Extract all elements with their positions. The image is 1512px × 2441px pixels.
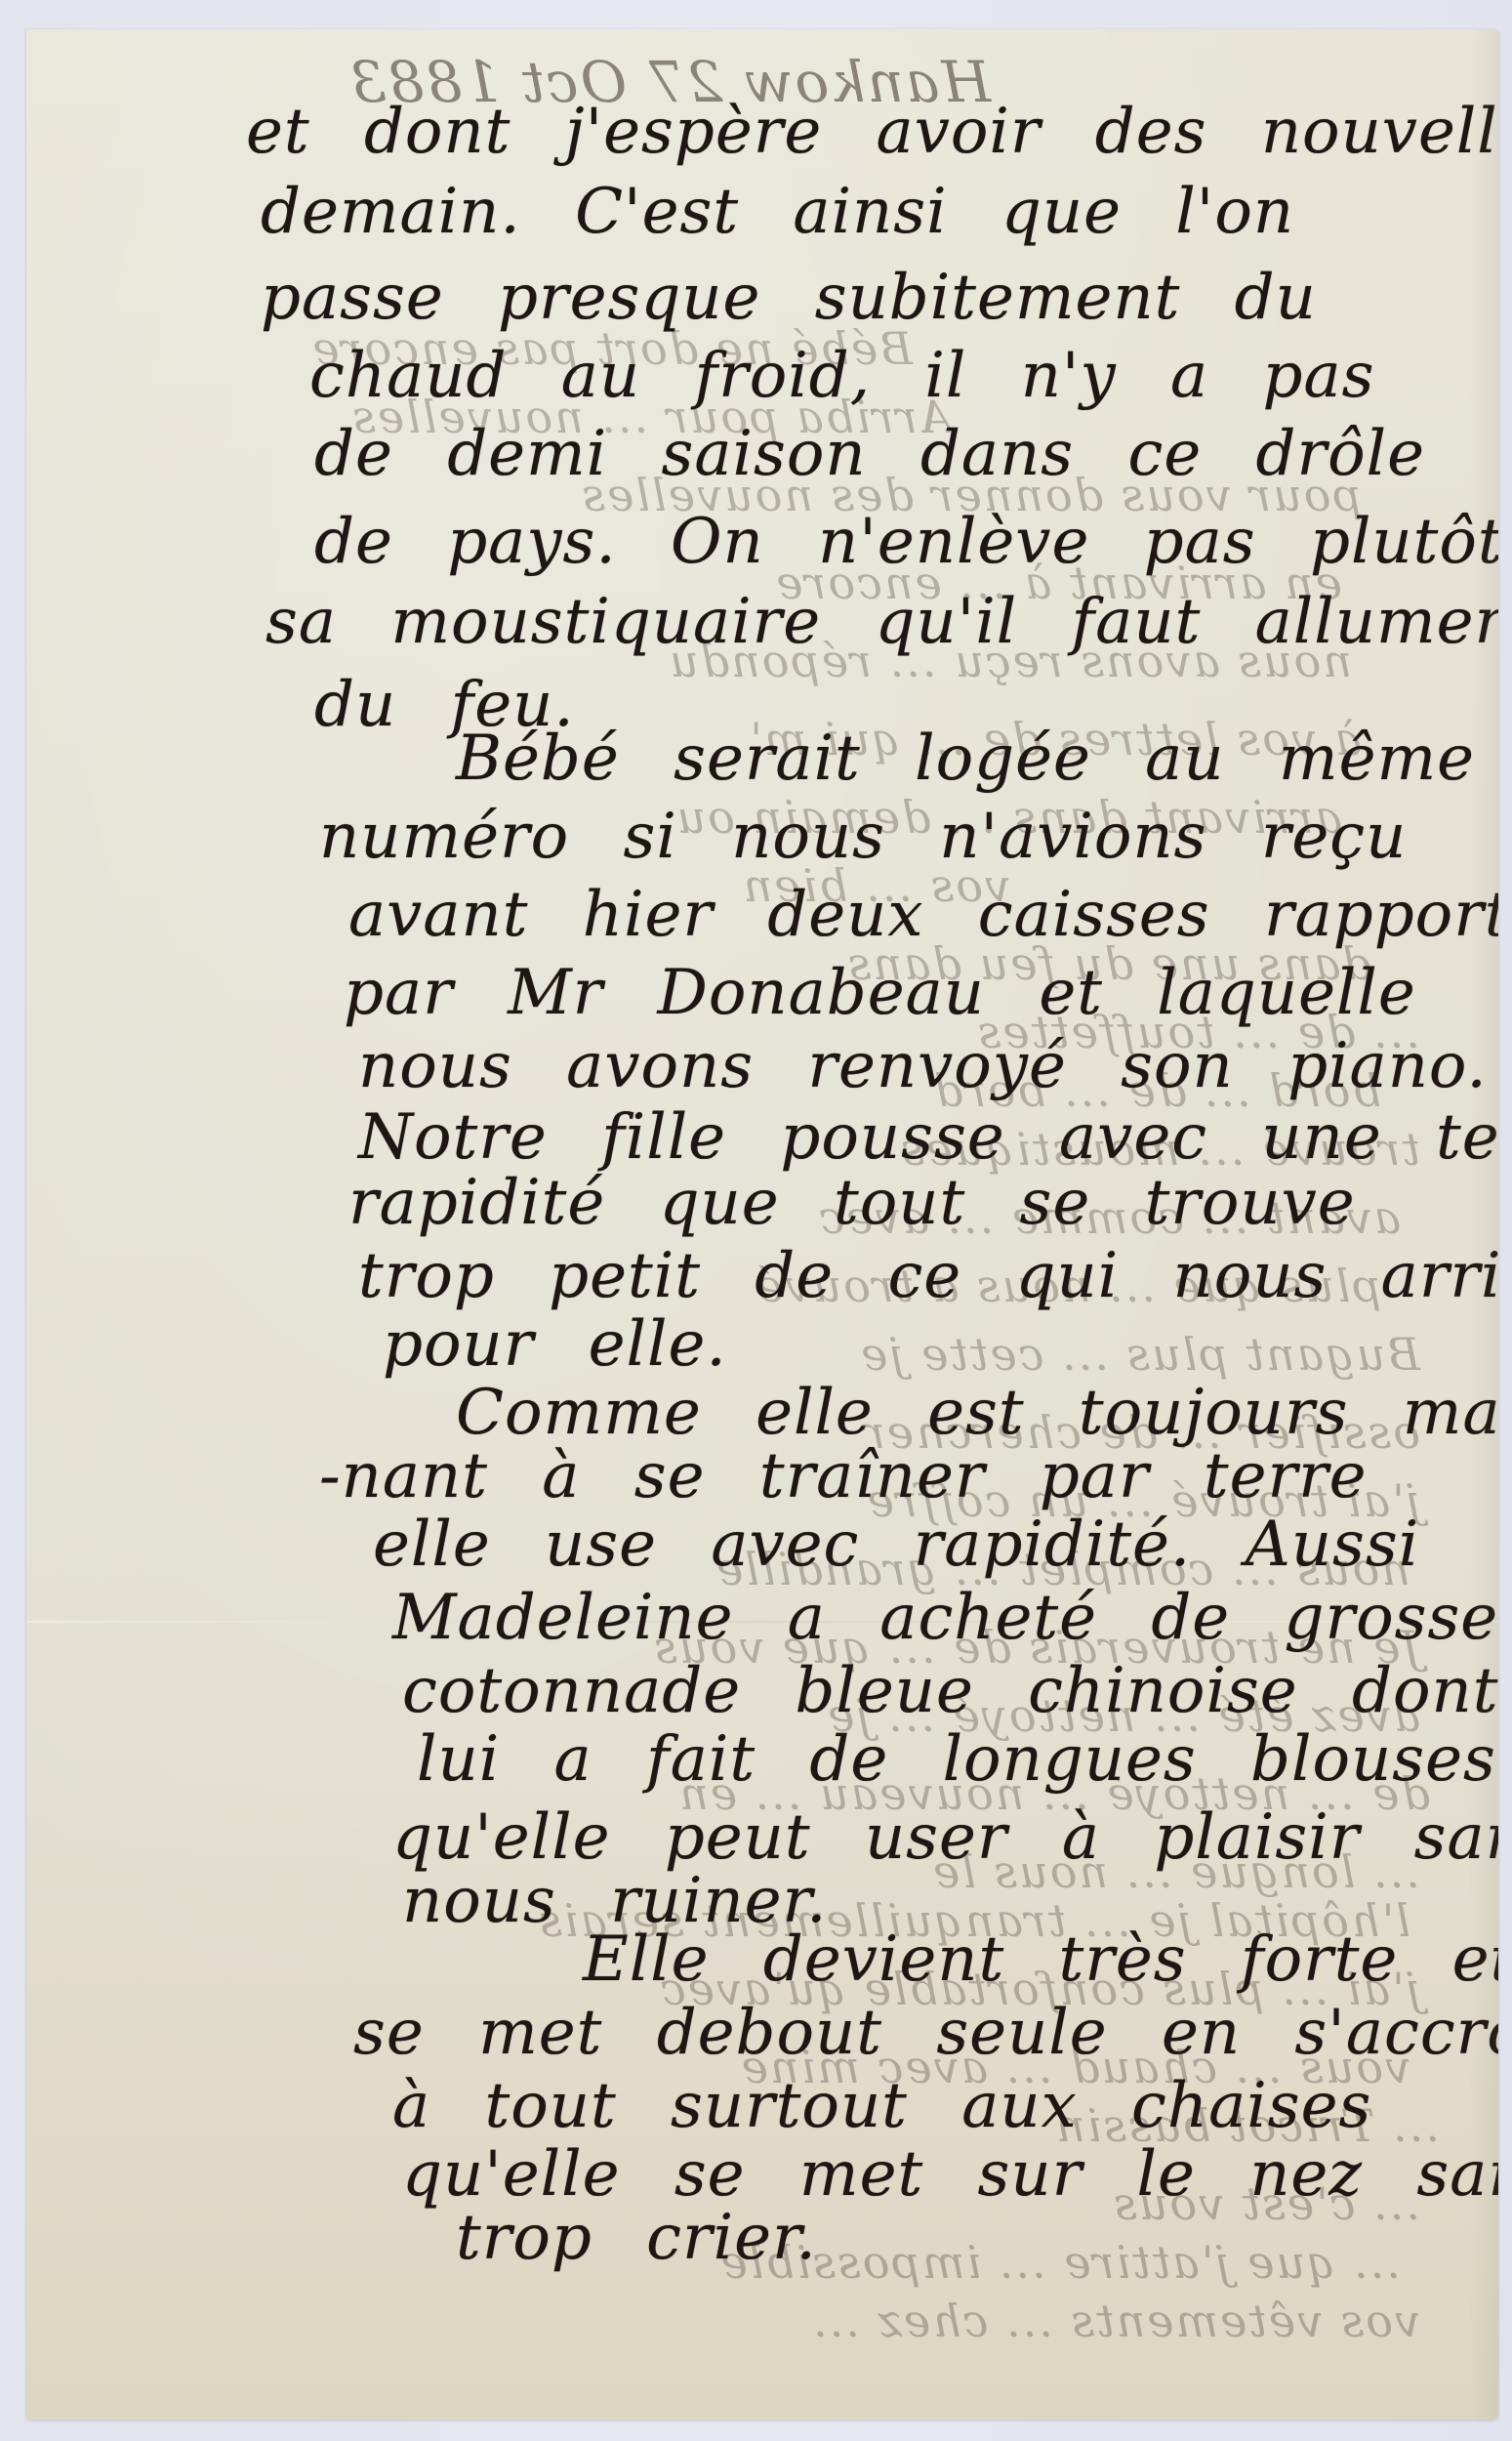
letter-line: pour elle. — [383, 1308, 727, 1381]
letter-line: Madeleine a acheté de grosse — [392, 1582, 1498, 1654]
letter-line: trop crier. — [456, 2202, 817, 2274]
letter-line: par Mr Donabeau et laquelle — [344, 957, 1416, 1029]
letter-line: demain. C'est ainsi que l'on — [261, 176, 1294, 248]
letter-line: rapidité que tout se trouve — [348, 1167, 1356, 1239]
letter-line: lui a fait de longues blouses — [417, 1723, 1496, 1796]
letter-line: qu'elle peut user à plaisir sans — [392, 1801, 1498, 1874]
letter-line: elle use avec rapidité. Aussi — [373, 1509, 1419, 1581]
letter-line: à tout surtout aux chaises — [392, 2070, 1371, 2142]
letter-sheet: Hankow 27 Oct 1883 Bébé ne dort pas enco… — [26, 29, 1498, 2420]
letter-line: Notre fille pousse avec une telle — [358, 1101, 1498, 1174]
letter-line: de demi saison dans ce drôle — [314, 418, 1425, 490]
letter-line: qu'elle se met sur le nez sans — [402, 2138, 1498, 2211]
letter-line: avant hier deux caisses rapportées — [348, 879, 1498, 951]
letter-line: trop petit de ce qui nous arrive — [358, 1240, 1498, 1312]
letter-body: et dont j'espère avoir des nouvelles dem… — [26, 29, 1498, 2420]
letter-line: Elle devient très forte et — [583, 1924, 1498, 1996]
letter-line: se met debout seule en s'accrochant — [353, 1997, 1498, 2069]
letter-line: numéro si nous n'avions reçu — [319, 801, 1407, 873]
letter-line: cotonnade bleue chinoise dont elle — [402, 1655, 1498, 1727]
letter-line: Comme elle est toujours mainte- — [456, 1377, 1498, 1449]
letter-line: passe presque subitement du — [261, 262, 1317, 334]
letter-line: sa moustiquaire qu'il faut allumer — [266, 586, 1498, 658]
letter-line: nous avons renvoyé son piano. — [358, 1030, 1488, 1102]
letter-line: et dont j'espère avoir des nouvelles — [246, 96, 1498, 168]
letter-line: chaud au froid, il n'y a pas — [309, 340, 1374, 412]
letter-line: Bébé serait logée au même — [456, 723, 1475, 795]
letter-line: de pays. On n'enlève pas plutôt — [314, 506, 1498, 578]
letter-line: -nant à se traîner par terre — [319, 1440, 1368, 1512]
